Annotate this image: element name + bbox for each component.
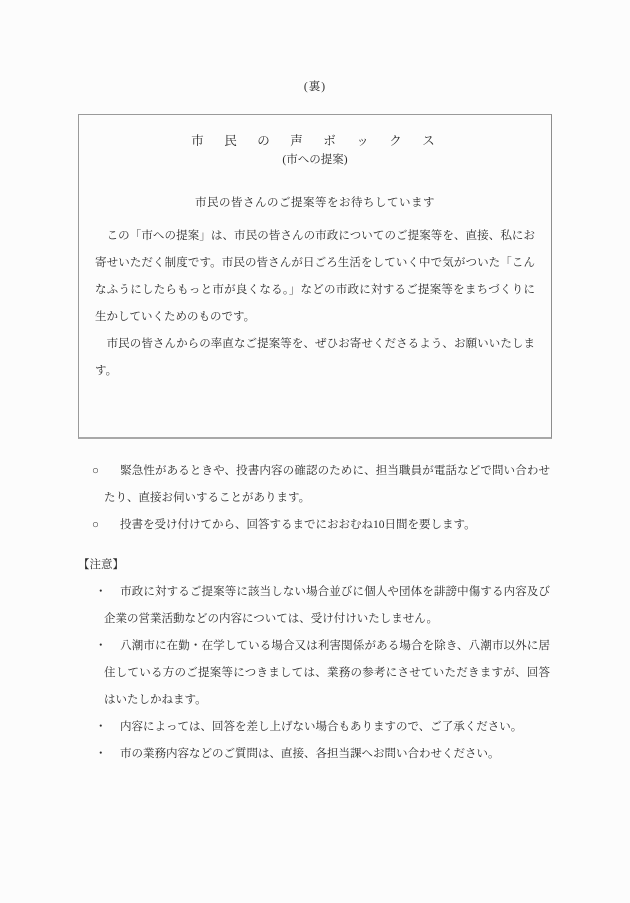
box-subtitle: (市への提案) [93, 152, 537, 168]
caution-item: ・市の業務内容などのご質問は、直接、各担当課へお問い合わせください。 [95, 741, 550, 768]
box-body: この「市への提案」は、市民の皆さんの市政についてのご提案等を、直接、私にお寄せい… [95, 223, 535, 385]
page-side-label: (裏) [0, 0, 630, 95]
caution-item-text: 八潮市に在勤・在学している場合又は利害関係がある場合を除き、八潮市以外に居住して… [104, 640, 550, 706]
caution-item-text: 市政に対するご提案等に該当しない場合並びに個人や団体を誹謗中傷する内容及び企業の… [104, 586, 550, 625]
box-heading: 市民の皆さんのご提案等をお待ちしています [93, 195, 537, 211]
note-item-text: 緊急性があるときや、投書内容の確認のために、担当職員が電話などで問い合わせたり、… [104, 465, 550, 504]
dot-bullet-marker: ・ [95, 741, 120, 768]
caution-item-text: 内容によっては、回答を差し上げない場合もありますので、ご了承ください。 [120, 721, 522, 733]
dot-bullet-marker: ・ [95, 633, 120, 660]
box-paragraph: この「市への提案」は、市民の皆さんの市政についてのご提案等を、直接、私にお寄せい… [95, 223, 535, 331]
caution-item: ・内容によっては、回答を差し上げない場合もありますので、ご了承ください。 [95, 714, 550, 741]
box-title: 市 民 の 声 ボ ッ ク ス [93, 133, 537, 150]
note-item: ○緊急性があるときや、投書内容の確認のために、担当職員が電話などで問い合わせたり… [92, 458, 550, 512]
notes-section: ○緊急性があるときや、投書内容の確認のために、担当職員が電話などで問い合わせたり… [0, 458, 630, 768]
note-item-text: 投書を受け付けてから、回答するまでにおおむね10日間を要します。 [120, 519, 476, 531]
caution-item: ・八潮市に在勤・在学している場合又は利害関係がある場合を除き、八潮市以外に居住し… [95, 633, 550, 714]
caution-list: ・市政に対するご提案等に該当しない場合並びに個人や団体を誹謗中傷する内容及び企業… [95, 579, 552, 768]
dot-bullet-marker: ・ [95, 714, 120, 741]
note-item: ○投書を受け付けてから、回答するまでにおおむね10日間を要します。 [92, 512, 550, 539]
caution-item-text: 市の業務内容などのご質問は、直接、各担当課へお問い合わせください。 [120, 748, 500, 760]
circle-bullet-marker: ○ [92, 458, 120, 485]
document-page: (裏) 市 民 の 声 ボ ッ ク ス (市への提案) 市民の皆さんのご提案等を… [0, 0, 630, 903]
circle-bullet-marker: ○ [92, 512, 120, 539]
caution-item: ・市政に対するご提案等に該当しない場合並びに個人や団体を誹謗中傷する内容及び企業… [95, 579, 550, 633]
caution-title: 【注意】 [78, 552, 552, 579]
proposal-box: 市 民 の 声 ボ ッ ク ス (市への提案) 市民の皆さんのご提案等をお待ちし… [78, 114, 552, 439]
box-paragraph: 市民の皆さんからの率直なご提案等を、ぜひお寄せくださるよう、お願いいたします。 [95, 331, 535, 385]
circle-note-list: ○緊急性があるときや、投書内容の確認のために、担当職員が電話などで問い合わせたり… [92, 458, 552, 539]
dot-bullet-marker: ・ [95, 579, 120, 606]
